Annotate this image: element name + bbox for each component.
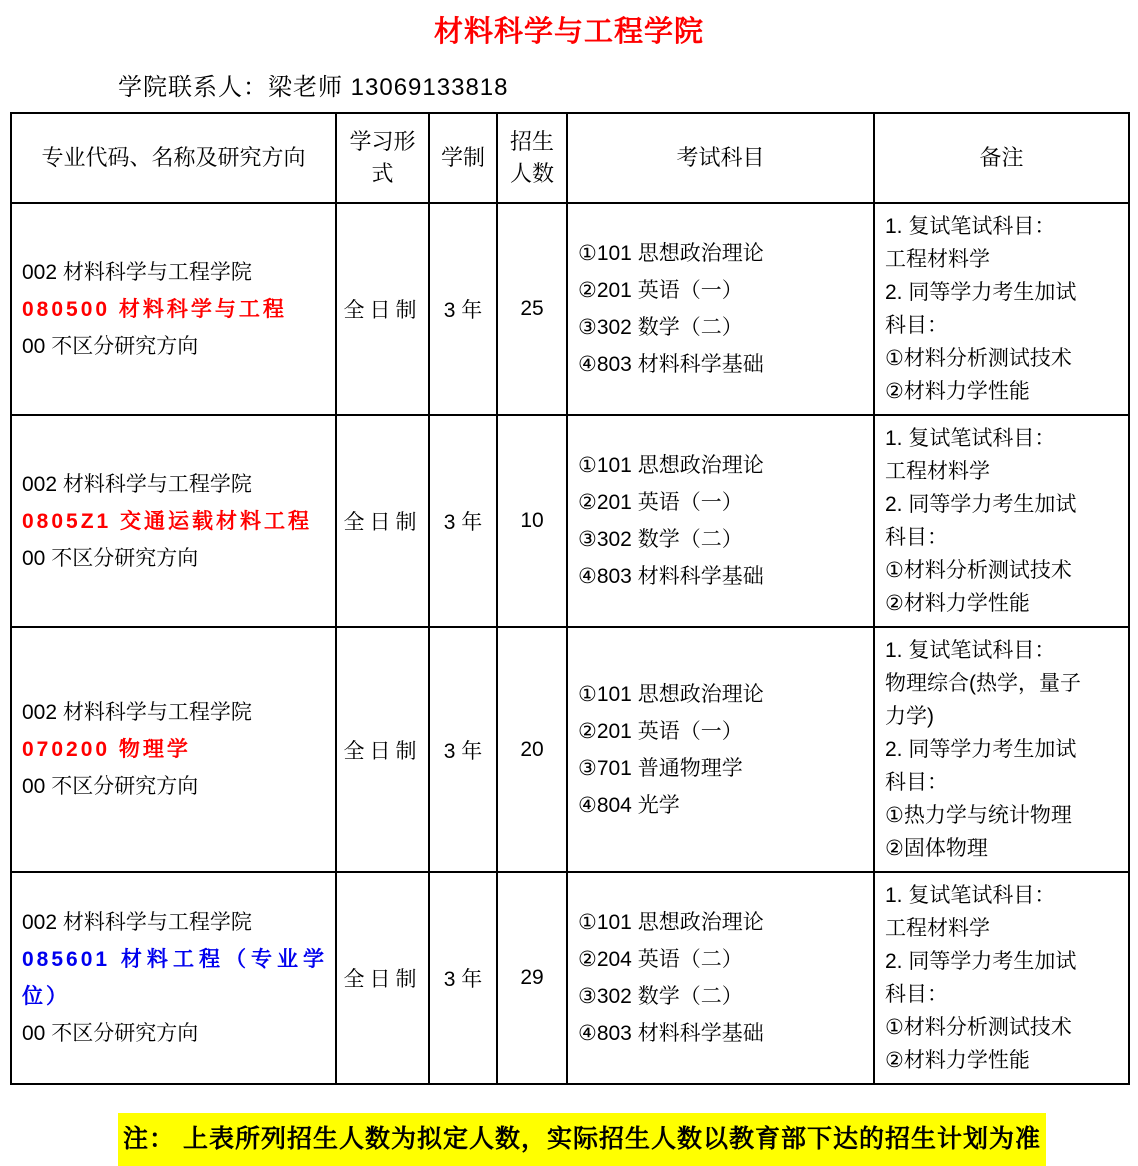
department-code: 002 材料科学与工程学院 — [22, 694, 327, 731]
duration-cell: 3 年 — [429, 872, 497, 1084]
major-code: 070200 物理学 — [22, 731, 327, 768]
program-cell: 002 材料科学与工程学院 085601 材料工程（专业学位） 00 不区分研究… — [11, 872, 336, 1084]
page-title: 材料科学与工程学院 — [0, 14, 1138, 50]
research-direction: 00 不区分研究方向 — [22, 768, 327, 805]
study-form-cell: 全日制 — [336, 872, 429, 1084]
enrollment-cell: 25 — [497, 203, 567, 415]
duration-cell: 3 年 — [429, 627, 497, 872]
document-page: 材料科学与工程学院 学院联系人：梁老师 13069133818 专业代码、名称及… — [0, 0, 1138, 1161]
duration-cell: 3 年 — [429, 203, 497, 415]
admissions-table: 专业代码、名称及研究方向 学习形式 学制 招生人数 考试科目 备注 002 材料… — [10, 112, 1130, 1085]
header-duration: 学制 — [429, 113, 497, 203]
enrollment-cell: 20 — [497, 627, 567, 872]
department-code: 002 材料科学与工程学院 — [22, 254, 327, 291]
study-form-cell: 全日制 — [336, 203, 429, 415]
header-program: 专业代码、名称及研究方向 — [11, 113, 336, 203]
footnote-highlighted: 注： 上表所列招生人数为拟定人数，实际招生人数以教育部下达的招生计划为准 — [118, 1113, 1046, 1166]
major-code: 080500 材料科学与工程 — [22, 291, 327, 328]
header-enrollment: 招生人数 — [497, 113, 567, 203]
department-code: 002 材料科学与工程学院 — [22, 466, 327, 503]
study-form-cell: 全日制 — [336, 415, 429, 627]
contact-line: 学院联系人：梁老师 13069133818 — [118, 74, 1138, 102]
major-code: 0805Z1 交通运载材料工程 — [22, 503, 327, 540]
exam-subjects-cell: ①101 思想政治理论 ②201 英语（一） ③302 数学（二） ④803 材… — [567, 415, 874, 627]
table-row: 002 材料科学与工程学院 0805Z1 交通运载材料工程 00 不区分研究方向… — [11, 415, 1129, 627]
research-direction: 00 不区分研究方向 — [22, 1015, 327, 1052]
department-code: 002 材料科学与工程学院 — [22, 904, 327, 941]
duration-cell: 3 年 — [429, 415, 497, 627]
remarks-cell: 1. 复试笔试科目： 物理综合(热学，量子 力学) 2. 同等学力考生加试 科目… — [874, 627, 1129, 872]
table-row: 002 材料科学与工程学院 070200 物理学 00 不区分研究方向 全日制 … — [11, 627, 1129, 872]
program-cell: 002 材料科学与工程学院 080500 材料科学与工程 00 不区分研究方向 — [11, 203, 336, 415]
enrollment-cell: 29 — [497, 872, 567, 1084]
remarks-cell: 1. 复试笔试科目： 工程材料学 2. 同等学力考生加试 科目： ①材料分析测试… — [874, 415, 1129, 627]
exam-subjects-cell: ①101 思想政治理论 ②201 英语（一） ③701 普通物理学 ④804 光… — [567, 627, 874, 872]
enrollment-cell: 10 — [497, 415, 567, 627]
exam-subjects-cell: ①101 思想政治理论 ②201 英语（一） ③302 数学（二） ④803 材… — [567, 203, 874, 415]
header-exam-subjects: 考试科目 — [567, 113, 874, 203]
major-code: 085601 材料工程（专业学位） — [22, 941, 327, 1015]
table-row: 002 材料科学与工程学院 080500 材料科学与工程 00 不区分研究方向 … — [11, 203, 1129, 415]
research-direction: 00 不区分研究方向 — [22, 540, 327, 577]
research-direction: 00 不区分研究方向 — [22, 328, 327, 365]
program-cell: 002 材料科学与工程学院 070200 物理学 00 不区分研究方向 — [11, 627, 336, 872]
header-study-form: 学习形式 — [336, 113, 429, 203]
table-header-row: 专业代码、名称及研究方向 学习形式 学制 招生人数 考试科目 备注 — [11, 113, 1129, 203]
exam-subjects-cell: ①101 思想政治理论 ②204 英语（二） ③302 数学（二） ④803 材… — [567, 872, 874, 1084]
remarks-cell: 1. 复试笔试科目： 工程材料学 2. 同等学力考生加试 科目： ①材料分析测试… — [874, 872, 1129, 1084]
table-row: 002 材料科学与工程学院 085601 材料工程（专业学位） 00 不区分研究… — [11, 872, 1129, 1084]
remarks-cell: 1. 复试笔试科目： 工程材料学 2. 同等学力考生加试 科目： ①材料分析测试… — [874, 203, 1129, 415]
program-cell: 002 材料科学与工程学院 0805Z1 交通运载材料工程 00 不区分研究方向 — [11, 415, 336, 627]
header-remarks: 备注 — [874, 113, 1129, 203]
study-form-cell: 全日制 — [336, 627, 429, 872]
